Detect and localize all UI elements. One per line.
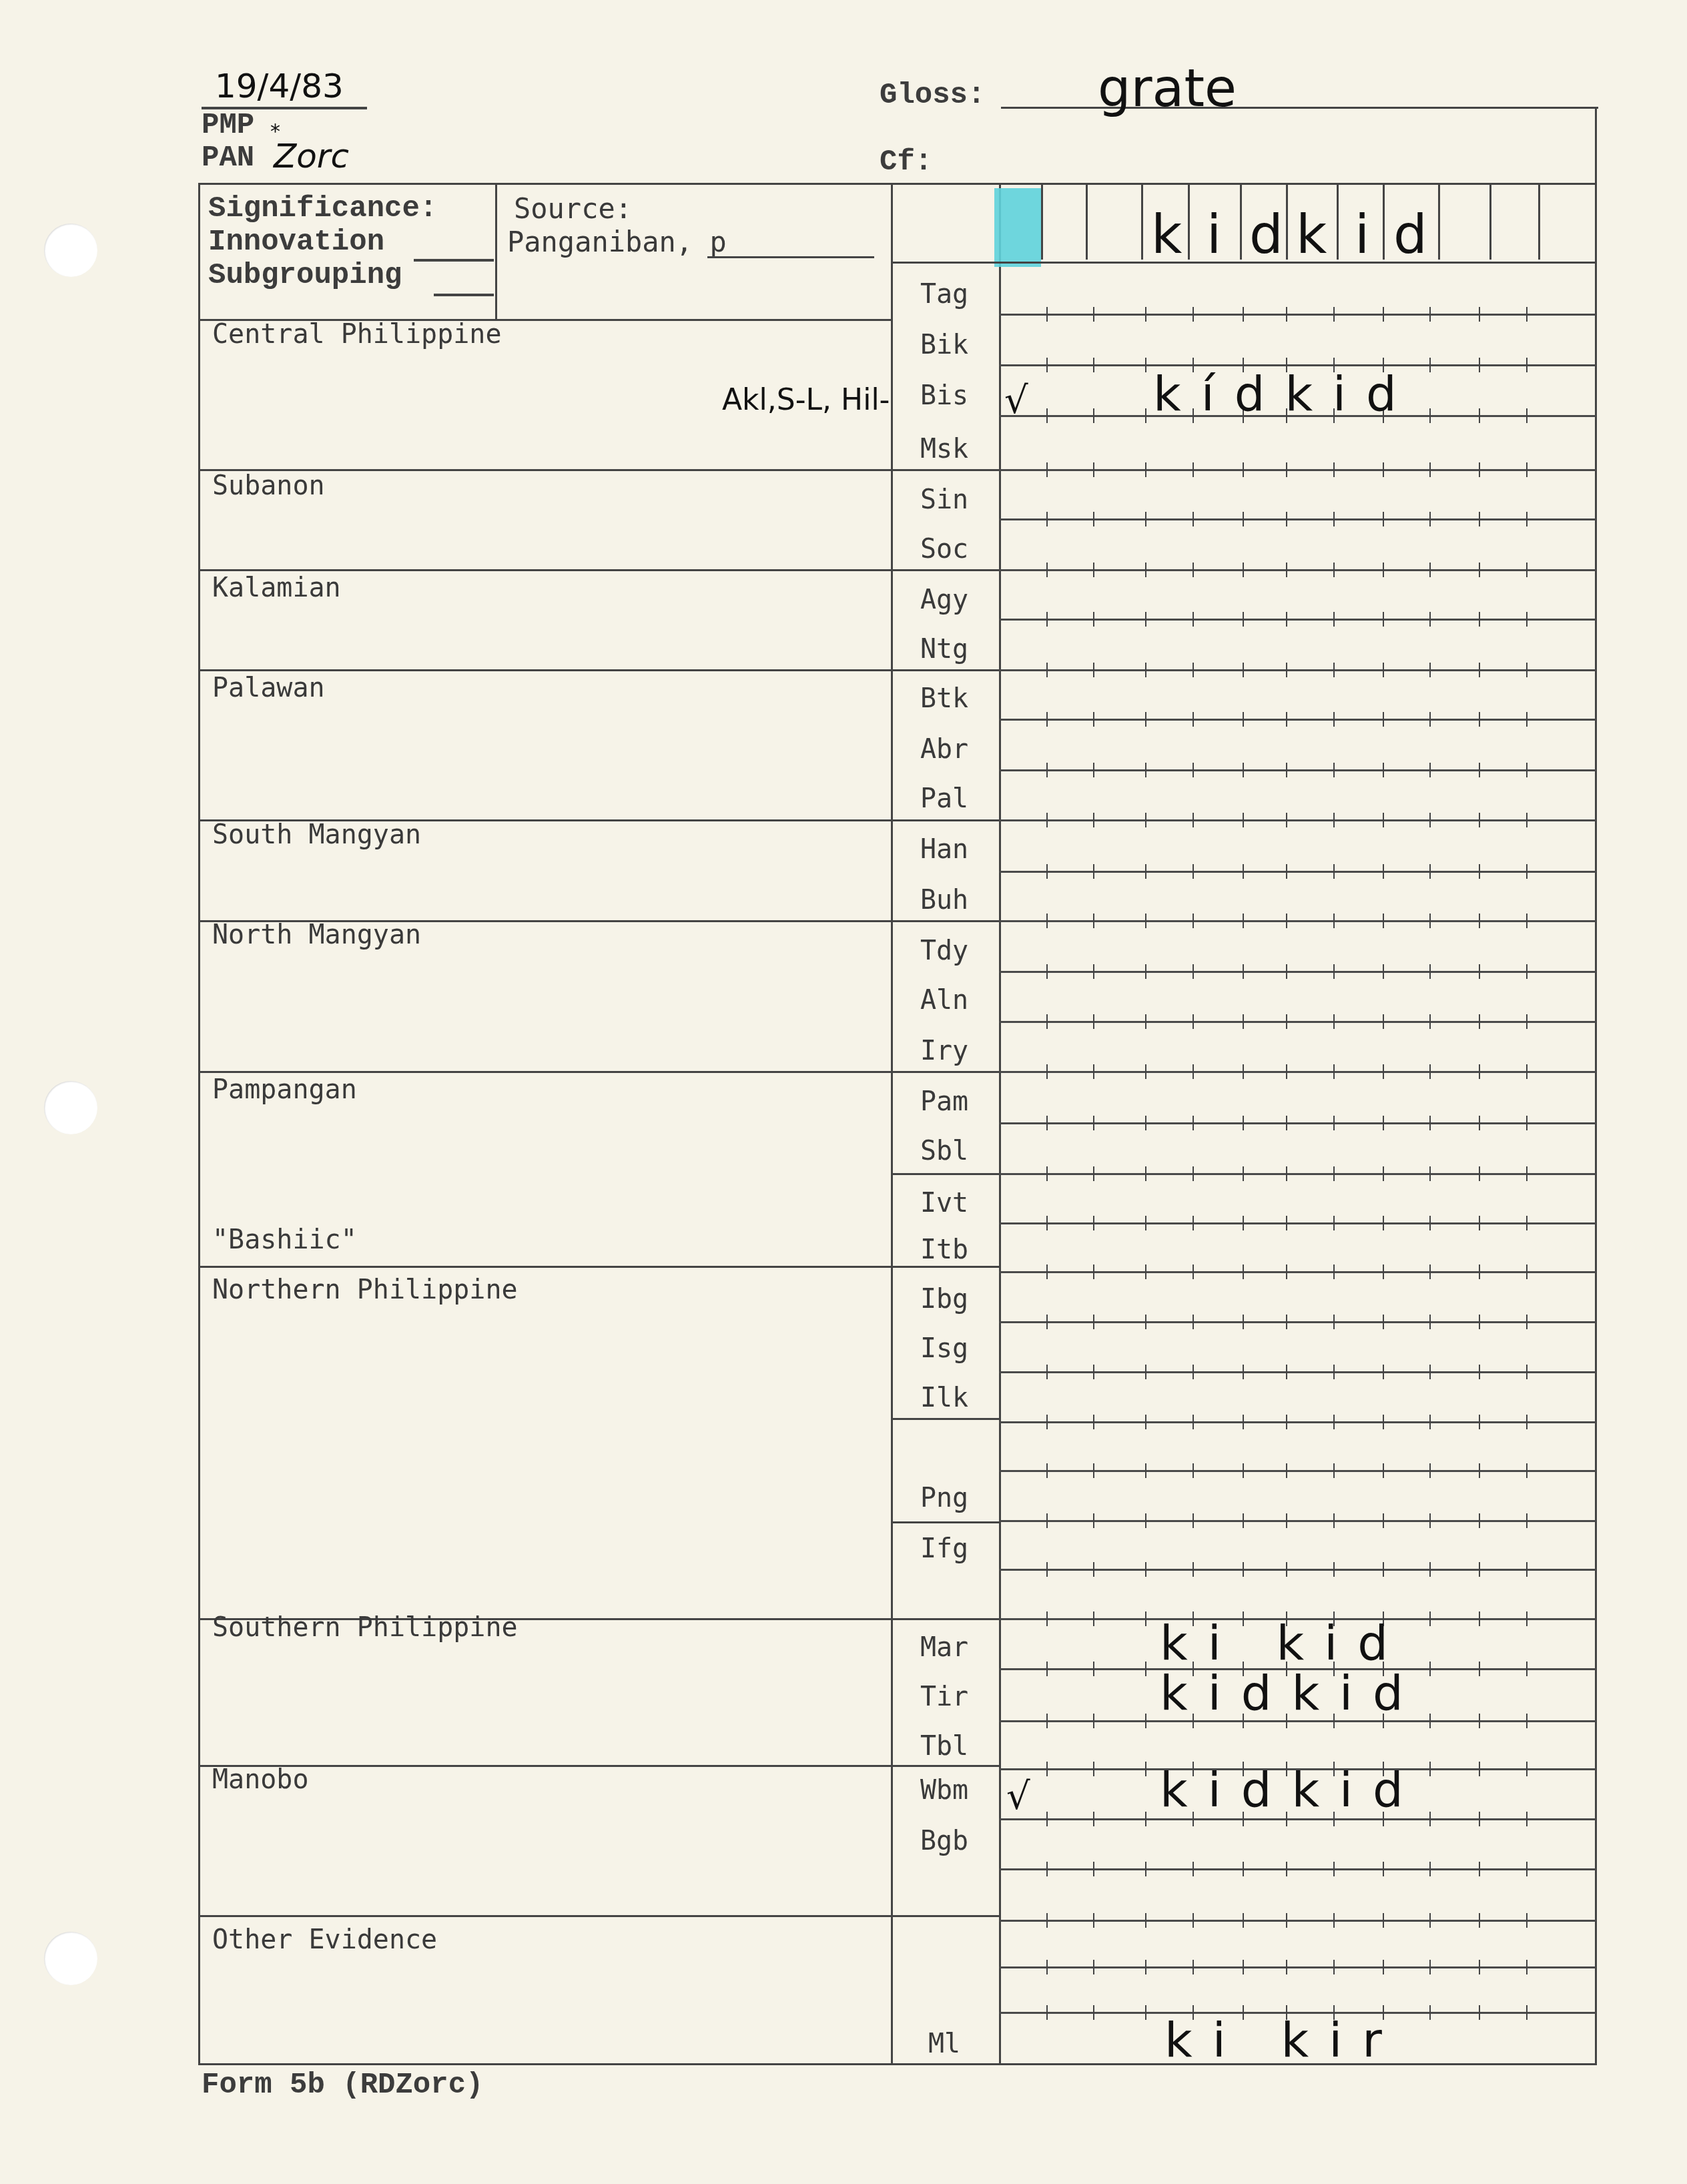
tick-mark [1093, 763, 1094, 777]
tick-mark [1333, 612, 1335, 627]
ruled-line [999, 1371, 1596, 1373]
tick-mark [1526, 1315, 1528, 1329]
tick-mark [1145, 964, 1146, 979]
lang-sin: Sin [894, 484, 994, 515]
tick-mark [1526, 1365, 1528, 1379]
lang-btk: Btk [894, 683, 994, 714]
tick-mark [1383, 1264, 1384, 1279]
group-sep [198, 1266, 999, 1268]
tick-mark [1243, 1960, 1244, 1974]
tick-mark [1046, 663, 1048, 677]
tick-mark [1286, 1562, 1287, 1577]
lang-sbl: Sbl [894, 1136, 994, 1166]
bis-form[interactable]: kídkid [1153, 366, 1417, 422]
tick-mark [1429, 1415, 1431, 1429]
tick-mark [1046, 2005, 1048, 2020]
tick-mark [1383, 307, 1384, 322]
lang-ml: Ml [894, 2029, 994, 2059]
tick-mark [1333, 1463, 1335, 1478]
bis-check: √ [1004, 379, 1028, 422]
label-column-left [891, 183, 893, 2065]
gloss-underline [1001, 107, 1598, 109]
lang-bis: Bis [894, 380, 994, 411]
tick-mark [1243, 612, 1244, 627]
lang-tir: Tir [894, 1682, 994, 1712]
date: 19/4/83 [215, 67, 344, 105]
tick-mark [1193, 1562, 1194, 1577]
tick-mark [1046, 1812, 1048, 1826]
mar-form[interactable]: ki kid [1160, 1615, 1408, 1671]
lang-iry: Iry [894, 1036, 994, 1066]
tick-mark [1243, 1513, 1244, 1528]
tick-mark [1479, 1862, 1480, 1876]
tick-mark [1383, 563, 1384, 577]
tick-mark [1286, 1116, 1287, 1130]
tick-mark [1093, 1463, 1094, 1478]
tick-mark [1429, 914, 1431, 928]
tick-mark [1243, 1913, 1244, 1928]
tick-mark [1333, 763, 1335, 777]
tick-mark [1193, 512, 1194, 526]
tick-mark [1333, 307, 1335, 322]
tick-mark [1429, 1264, 1431, 1279]
tick-mark [1526, 563, 1528, 577]
lang-tdy: Tdy [894, 936, 994, 966]
tick-mark [1243, 1166, 1244, 1181]
ml-form[interactable]: ki kir [1164, 2012, 1402, 2068]
tick-mark [1286, 1315, 1287, 1329]
group-sep [198, 1915, 999, 1917]
lang-bgb: Bgb [894, 1826, 994, 1856]
ruled-line [999, 819, 1596, 821]
tick-mark [1429, 307, 1431, 322]
tick-mark [1479, 864, 1480, 879]
tick-mark [1243, 1463, 1244, 1478]
recon-cell-8: i [1355, 204, 1369, 266]
ruled-line [999, 669, 1596, 671]
significance-label: Significance: [208, 192, 437, 226]
tick-mark [1243, 663, 1244, 677]
tick-mark [1526, 1064, 1528, 1079]
lang-bik: Bik [894, 330, 994, 360]
tick-mark [1333, 1216, 1335, 1230]
tick-mark [1046, 462, 1048, 477]
tick-mark [1243, 1862, 1244, 1876]
tick-mark [1479, 1064, 1480, 1079]
tick-mark [1429, 358, 1431, 372]
tick-mark [1093, 307, 1094, 322]
tick-mark [1145, 1014, 1146, 1029]
tick-mark [1046, 512, 1048, 526]
tick-mark [1093, 408, 1094, 423]
tick-mark [1526, 307, 1528, 322]
tick-mark [1093, 1714, 1094, 1728]
tick-mark [1286, 864, 1287, 879]
tick-mark [1145, 1264, 1146, 1279]
tick-mark [1145, 1513, 1146, 1528]
cell-divider [1489, 185, 1491, 260]
tick-mark [1383, 1216, 1384, 1230]
tick-mark [1046, 914, 1048, 928]
tick-mark [1429, 864, 1431, 879]
tick-mark [1286, 1513, 1287, 1528]
tick-mark [1333, 1014, 1335, 1029]
tick-mark [1479, 1960, 1480, 1974]
tick-mark [1243, 712, 1244, 727]
tick-mark [1286, 1415, 1287, 1429]
form-label: Form 5b (RDZorc) [202, 2069, 483, 2102]
tick-mark [1333, 1415, 1335, 1429]
tick-mark [1145, 712, 1146, 727]
wbm-form[interactable]: kidkid [1160, 1762, 1423, 1818]
tick-mark [1193, 763, 1194, 777]
tick-mark [1093, 1415, 1094, 1429]
tick-mark [1046, 1913, 1048, 1928]
tick-mark [1286, 1264, 1287, 1279]
ruled-line [999, 971, 1596, 973]
lang-sep [891, 1418, 999, 1420]
tick-mark [1286, 663, 1287, 677]
tick-mark [1193, 1415, 1194, 1429]
lang-ntg: Ntg [894, 634, 994, 665]
ruled-line [999, 719, 1596, 721]
group-manobo: Manobo [212, 1764, 309, 1795]
tick-mark [1526, 1415, 1528, 1429]
tick-mark [1046, 1513, 1048, 1528]
tick-mark [1193, 712, 1194, 727]
tick-mark [1145, 763, 1146, 777]
tick-mark [1429, 1463, 1431, 1478]
cell-divider [1041, 185, 1043, 260]
tick-mark [1383, 1064, 1384, 1079]
group-northern-philippine: Northern Philippine [212, 1275, 518, 1305]
source-value: Panganiban, p [507, 226, 727, 258]
tick-mark [1526, 512, 1528, 526]
tick-mark [1383, 1913, 1384, 1928]
tick-mark [1093, 1513, 1094, 1528]
tick-mark [1145, 408, 1146, 423]
tick-mark [1193, 1064, 1194, 1079]
tick-mark [1193, 1014, 1194, 1029]
tick-mark [1333, 1913, 1335, 1928]
recon-cell-4: k [1151, 204, 1182, 266]
tick-mark [1093, 712, 1094, 727]
tick-mark [1333, 663, 1335, 677]
tick-mark [1193, 964, 1194, 979]
tick-mark [1093, 1315, 1094, 1329]
tick-mark [1145, 1166, 1146, 1181]
tick-mark [1193, 1166, 1194, 1181]
ruled-line [999, 1569, 1596, 1571]
pan-label: PAN [202, 141, 254, 175]
tick-mark [1046, 1264, 1048, 1279]
tick-mark [1093, 1611, 1094, 1626]
tick-mark [1193, 462, 1194, 477]
lang-itb: Itb [894, 1234, 994, 1265]
pmp-label: PMP [202, 109, 254, 142]
tick-mark [1526, 1264, 1528, 1279]
tick-mark [1145, 813, 1146, 827]
tick-mark [1479, 1463, 1480, 1478]
lang-aln: Aln [894, 985, 994, 1016]
recon-cell-5: i [1207, 204, 1221, 266]
tick-mark [1383, 914, 1384, 928]
tick-mark [1383, 1315, 1384, 1329]
ruled-line [999, 1321, 1596, 1323]
tick-mark [1046, 1960, 1048, 1974]
tick-mark [1479, 1714, 1480, 1728]
tick-mark [1333, 964, 1335, 979]
tick-mark [1046, 1415, 1048, 1429]
ruled-line [999, 1868, 1596, 1870]
tick-mark [1526, 612, 1528, 627]
tick-mark [1193, 307, 1194, 322]
tick-mark [1193, 1463, 1194, 1478]
group-palawan: Palawan [212, 673, 325, 703]
tick-mark [1093, 1216, 1094, 1230]
tick-mark [1333, 1064, 1335, 1079]
tick-mark [1479, 914, 1480, 928]
tick-mark [1093, 1862, 1094, 1876]
tick-mark [1243, 563, 1244, 577]
tick-mark [1333, 1960, 1335, 1974]
tick-mark [1383, 813, 1384, 827]
tick-mark [1429, 1812, 1431, 1826]
pan-value: Zorc [274, 137, 349, 175]
tick-mark [1429, 1611, 1431, 1626]
tick-mark [1479, 763, 1480, 777]
tick-mark [1093, 813, 1094, 827]
cell-divider [1337, 185, 1339, 260]
tick-mark [1243, 813, 1244, 827]
tick-mark [1046, 1762, 1048, 1776]
tick-mark [1093, 1365, 1094, 1379]
tick-mark [1145, 864, 1146, 879]
tick-mark [1193, 1960, 1194, 1974]
tick-mark [1046, 1315, 1048, 1329]
group-pampangan: Pampangan [212, 1074, 357, 1105]
lang-mar: Mar [894, 1632, 994, 1663]
tick-mark [1193, 663, 1194, 677]
tick-mark [1526, 1562, 1528, 1577]
tick-mark [1145, 1611, 1146, 1626]
tick-mark [1046, 1714, 1048, 1728]
tick-mark [1526, 712, 1528, 727]
tick-mark [1145, 1862, 1146, 1876]
tick-mark [1333, 1315, 1335, 1329]
tick-mark [1429, 663, 1431, 677]
tick-mark [1429, 1762, 1431, 1776]
group-kalamian: Kalamian [212, 573, 341, 603]
tick-mark [1333, 712, 1335, 727]
tick-mark [1526, 1166, 1528, 1181]
tick-mark [1429, 763, 1431, 777]
group-southern-philippine: Southern Philippine [212, 1612, 518, 1643]
tick-mark [1046, 1014, 1048, 1029]
group-subanon: Subanon [212, 470, 325, 501]
cf-label: Cf: [880, 145, 932, 179]
tick-mark [1046, 813, 1048, 827]
lang-tbl: Tbl [894, 1731, 994, 1762]
tick-mark [1093, 663, 1094, 677]
tick-mark [1333, 864, 1335, 879]
ruled-line [999, 1421, 1596, 1423]
source-page-blank[interactable] [707, 256, 874, 258]
tick-mark [1243, 1116, 1244, 1130]
tick-mark [1526, 914, 1528, 928]
ruled-line [999, 871, 1596, 873]
subgrouping-blank[interactable] [434, 294, 494, 296]
tick-mark [1333, 462, 1335, 477]
tick-mark [1286, 914, 1287, 928]
group-central-philippine: Central Philippine [212, 319, 501, 350]
ruled-line [999, 1071, 1596, 1073]
reconstruction-bottom [891, 262, 1597, 264]
tick-mark [1429, 1714, 1431, 1728]
tick-mark [1286, 512, 1287, 526]
tick-mark [1383, 1166, 1384, 1181]
recon-cell-6: d [1249, 204, 1283, 266]
gloss-label: Gloss: [880, 79, 985, 112]
tick-mark [1526, 1913, 1528, 1928]
tick-mark [1046, 612, 1048, 627]
cell-divider [1286, 185, 1288, 260]
tick-mark [1145, 2005, 1146, 2020]
tick-mark [1093, 612, 1094, 627]
tick-mark [1093, 1116, 1094, 1130]
tick-mark [1046, 408, 1048, 423]
tick-mark [1193, 612, 1194, 627]
tick-mark [1193, 1264, 1194, 1279]
tick-mark [1046, 1611, 1048, 1626]
tick-mark [1286, 307, 1287, 322]
tick-mark [1193, 1365, 1194, 1379]
tick-mark [1243, 1315, 1244, 1329]
gloss-value[interactable]: grate [1098, 59, 1237, 119]
tick-mark [1429, 1862, 1431, 1876]
tick-mark [1429, 1014, 1431, 1029]
tick-mark [1145, 1463, 1146, 1478]
tick-mark [1093, 1264, 1094, 1279]
tick-mark [1093, 1014, 1094, 1029]
ruled-line [999, 1271, 1596, 1273]
tir-form[interactable]: kidkid [1160, 1665, 1423, 1721]
tick-mark [1243, 1216, 1244, 1230]
tick-mark [1145, 612, 1146, 627]
tick-mark [1479, 307, 1480, 322]
lang-pal: Pal [894, 783, 994, 814]
tick-mark [1383, 462, 1384, 477]
tick-mark [1145, 563, 1146, 577]
tick-mark [1286, 462, 1287, 477]
tick-mark [1243, 1562, 1244, 1577]
tick-mark [1429, 1513, 1431, 1528]
lang-msk: Msk [894, 434, 994, 464]
tick-mark [1193, 1116, 1194, 1130]
tick-mark [1093, 1662, 1094, 1676]
lang-isg: Isg [894, 1333, 994, 1364]
tick-mark [1429, 1216, 1431, 1230]
tick-mark [1243, 964, 1244, 979]
tick-mark [1046, 1562, 1048, 1577]
tick-mark [1093, 1562, 1094, 1577]
ruled-line [999, 1818, 1596, 1820]
tick-mark [1526, 864, 1528, 879]
group-bashiic: "Bashiic" [212, 1224, 357, 1255]
tick-mark [1383, 1365, 1384, 1379]
tick-mark [1383, 612, 1384, 627]
tick-mark [1193, 1513, 1194, 1528]
tick-mark [1526, 1216, 1528, 1230]
tick-mark [1429, 1315, 1431, 1329]
ruled-line [999, 1122, 1596, 1124]
tick-mark [1479, 1812, 1480, 1826]
tick-mark [1526, 763, 1528, 777]
lang-abr: Abr [894, 734, 994, 765]
tick-mark [1479, 1662, 1480, 1676]
tick-mark [1193, 563, 1194, 577]
wbm-check: √ [1006, 1775, 1030, 1818]
tick-mark [1333, 563, 1335, 577]
tick-mark [1243, 864, 1244, 879]
tick-mark [1429, 1662, 1431, 1676]
tick-mark [1286, 712, 1287, 727]
tick-mark [1479, 1913, 1480, 1928]
lang-soc: Soc [894, 534, 994, 565]
group-sep [198, 669, 999, 671]
tick-mark [1243, 763, 1244, 777]
tick-mark [1243, 1064, 1244, 1079]
ruled-line [999, 569, 1596, 571]
tick-mark [1145, 307, 1146, 322]
tick-mark [1479, 1415, 1480, 1429]
group-other-evidence: Other Evidence [212, 1924, 437, 1955]
cell-divider [1086, 185, 1088, 260]
tick-mark [1429, 563, 1431, 577]
form-left-border [198, 183, 200, 2065]
tick-mark [1526, 964, 1528, 979]
tick-mark [1145, 914, 1146, 928]
bis-annotation: Akl,S-L, Hil- [722, 383, 890, 417]
tick-mark [1429, 2005, 1431, 2020]
tick-mark [1145, 1812, 1146, 1826]
tick-mark [1243, 1365, 1244, 1379]
tick-mark [1429, 712, 1431, 727]
tick-mark [1145, 1064, 1146, 1079]
tick-mark [1429, 408, 1431, 423]
tick-mark [1243, 307, 1244, 322]
tick-mark [1333, 1365, 1335, 1379]
tick-mark [1046, 964, 1048, 979]
ruled-line [999, 1966, 1596, 1968]
tick-mark [1093, 1166, 1094, 1181]
recon-cell-7: k [1296, 204, 1327, 266]
tick-mark [1046, 712, 1048, 727]
tick-mark [1286, 612, 1287, 627]
lang-sep [891, 1173, 999, 1175]
tick-mark [1193, 1216, 1194, 1230]
ruled-line [999, 1021, 1596, 1023]
tick-mark [1046, 1064, 1048, 1079]
innovation-blank[interactable] [414, 259, 494, 262]
group-north-mangyan: North Mangyan [212, 920, 421, 950]
tick-mark [1526, 1463, 1528, 1478]
tick-mark [1526, 1662, 1528, 1676]
tick-mark [1479, 512, 1480, 526]
tick-mark [1429, 1913, 1431, 1928]
tick-mark [1286, 763, 1287, 777]
cell-divider [1188, 185, 1190, 260]
